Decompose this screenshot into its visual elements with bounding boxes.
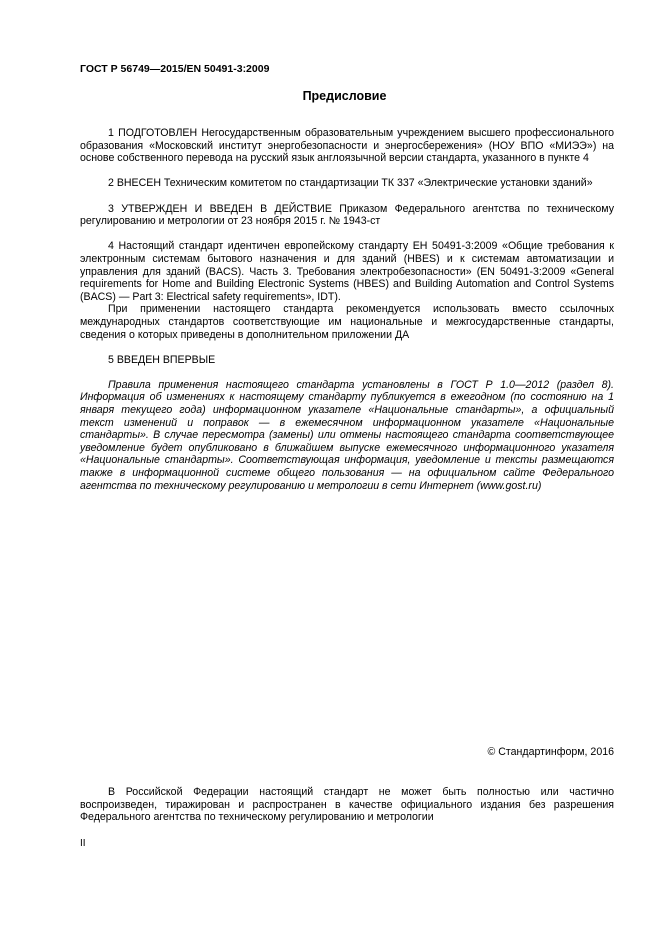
rules-notice: Правила применения настоящего стандарта … [80,379,614,492]
section-1-prepared: 1 ПОДГОТОВЛЕН Негосударственным образова… [80,127,614,165]
section-3-approved: 3 УТВЕРЖДЕН И ВВЕДЕН В ДЕЙСТВИЕ Приказом… [80,203,614,228]
standard-code-header: ГОСТ Р 56749—2015/EN 50491-3:2009 [80,63,269,75]
legal-notice: В Российской Федерации настоящий стандар… [80,786,614,824]
section-2-introduced: 2 ВНЕСЕН Техническим комитетом по станда… [80,177,614,190]
section-4-identity: 4 Настоящий стандарт идентичен европейск… [80,240,614,303]
copyright-notice: © Стандартинформ, 2016 [488,746,614,758]
page-title: Предисловие [0,89,661,103]
foreword-body: 1 ПОДГОТОВЛЕН Негосударственным образова… [80,127,614,492]
legal-notice-block: В Российской Федерации настоящий стандар… [80,786,614,824]
section-4-continuation: При применении настоящего стандарта реко… [80,303,614,341]
document-page: ГОСТ Р 56749—2015/EN 50491-3:2009 Предис… [0,0,661,936]
section-5-first-introduced: 5 ВВЕДЕН ВПЕРВЫЕ [80,354,614,367]
page-number: II [80,838,86,849]
